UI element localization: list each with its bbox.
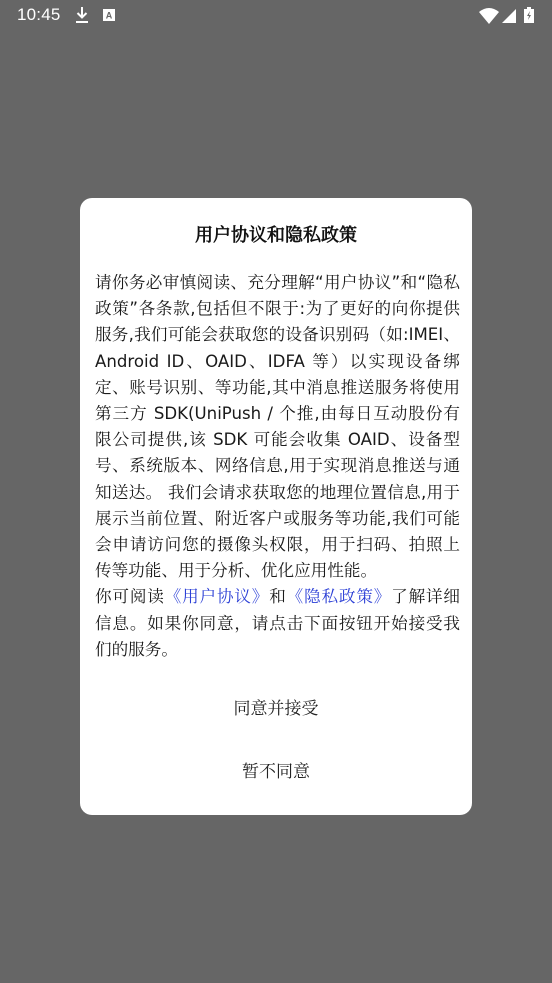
privacy-dialog: 用户协议和隐私政策 请你务必审慎阅读、充分理解“用户协议”和“隐私政策”各条款,… bbox=[80, 198, 472, 815]
paragraph-2-middle: 和 bbox=[269, 587, 286, 606]
disagree-button[interactable]: 暂不同意 bbox=[80, 758, 472, 786]
privacy-policy-link[interactable]: 《隐私政策》 bbox=[287, 587, 392, 606]
paragraph-2-prefix: 你可阅读 bbox=[95, 587, 165, 606]
download-icon bbox=[74, 6, 90, 24]
status-time: 10:45 bbox=[17, 5, 61, 25]
status-bar: 10:45 A bbox=[0, 0, 552, 32]
dialog-title: 用户协议和隐私政策 bbox=[80, 222, 472, 250]
cell-signal-icon bbox=[502, 9, 516, 23]
dialog-body-paragraph-2: 你可阅读《用户协议》和《隐私政策》了解详细信息。如果你同意，请点击下面按钮开始接… bbox=[95, 584, 460, 663]
a-notification-icon: A bbox=[103, 9, 115, 21]
dialog-body: 请你务必审慎阅读、充分理解“用户协议”和“隐私政策”各条款,包括但不限于:为了更… bbox=[95, 270, 460, 663]
user-agreement-link[interactable]: 《用户协议》 bbox=[165, 587, 270, 606]
agree-button[interactable]: 同意并接受 bbox=[80, 695, 472, 723]
svg-text:A: A bbox=[106, 11, 113, 21]
battery-charging-icon bbox=[524, 7, 534, 23]
dialog-body-paragraph-1: 请你务必审慎阅读、充分理解“用户协议”和“隐私政策”各条款,包括但不限于:为了更… bbox=[95, 270, 460, 584]
wifi-icon bbox=[479, 8, 499, 24]
